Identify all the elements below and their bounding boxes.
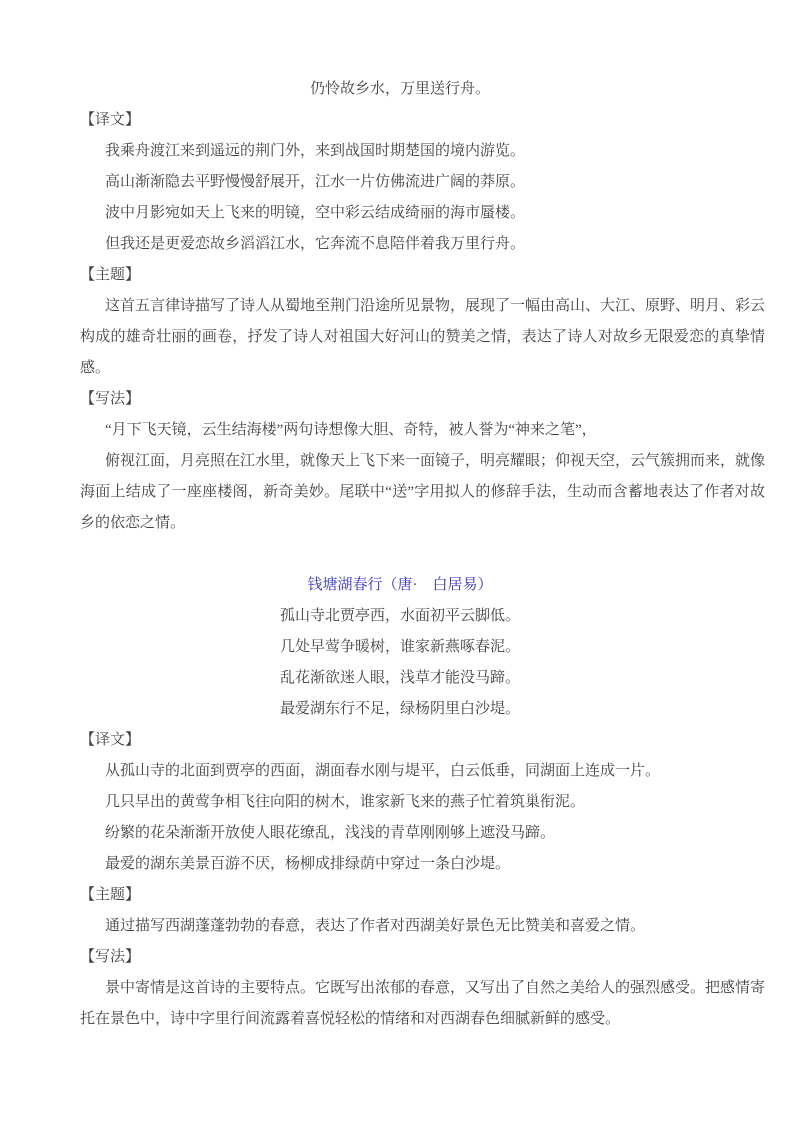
- document-page: 仍怜故乡水，万里送行舟。 【译文】 我乘舟渡江来到遥远的荆门外，来到战国时期楚国…: [0, 0, 800, 1131]
- poem2-line-1: 孤山寺北贾亭西，水面初平云脚低。: [80, 601, 720, 632]
- poem2-translation-line-2: 几只早出的黄莺争相飞往向阳的树木，谁家新飞来的燕子忙着筑巢衔泥。: [80, 787, 765, 818]
- poem1-theme-label: 【主题】: [80, 260, 765, 291]
- poem1-technique-label: 【写法】: [80, 384, 765, 415]
- poem2-line-3: 乱花渐欲迷人眼，浅草才能没马蹄。: [80, 663, 720, 694]
- poem1-translation-line-2: 高山渐渐隐去平野慢慢舒展开，江水一片仿佛流进广阔的莽原。: [80, 167, 765, 198]
- poem1-technique-para-2: 俯视江面，月亮照在江水里，就像天上飞下来一面镜子，明亮耀眼；仰视天空，云气簇拥而…: [80, 446, 765, 539]
- poem2-line-2: 几处早莺争暖树，谁家新燕啄春泥。: [80, 632, 720, 663]
- section-gap: [80, 539, 765, 570]
- poem2-theme-text: 通过描写西湖蓬蓬勃勃的春意，表达了作者对西湖美好景色无比赞美和喜爱之情。: [80, 911, 765, 942]
- poem1-closing-line: 仍怜故乡水，万里送行舟。: [80, 74, 720, 105]
- poem1-translation-line-4: 但我还是更爱恋故乡滔滔江水，它奔流不息陪伴着我万里行舟。: [80, 229, 765, 260]
- poem1-translation-label: 【译文】: [80, 105, 765, 136]
- poem2-translation-line-4: 最爱的湖东美景百游不厌，杨柳成排绿荫中穿过一条白沙堤。: [80, 849, 765, 880]
- poem2-translation-label: 【译文】: [80, 725, 765, 756]
- poem2-theme-label: 【主题】: [80, 880, 765, 911]
- poem2-line-4: 最爱湖东行不足，绿杨阴里白沙堤。: [80, 694, 720, 725]
- poem1-theme-text: 这首五言律诗描写了诗人从蜀地至荆门沿途所见景物，展现了一幅由高山、大江、原野、明…: [80, 291, 765, 384]
- poem2-title: 钱塘湖春行（唐· 白居易）: [80, 570, 720, 601]
- poem2-translation-line-1: 从孤山寺的北面到贾亭的西面，湖面春水刚与堤平，白云低垂，同湖面上连成一片。: [80, 756, 765, 787]
- poem2-technique-label: 【写法】: [80, 942, 765, 973]
- poem1-technique-para-1: “月下飞天镜，云生结海楼”两句诗想像大胆、奇特，被人誉为“神来之笔”，: [80, 415, 765, 446]
- poem1-translation-line-1: 我乘舟渡江来到遥远的荆门外，来到战国时期楚国的境内游览。: [80, 136, 765, 167]
- poem2-technique-text: 景中寄情是这首诗的主要特点。它既写出浓郁的春意，又写出了自然之美给人的强烈感受。…: [80, 973, 765, 1035]
- poem2-translation-line-3: 纷繁的花朵渐渐开放使人眼花缭乱，浅浅的青草刚刚够上遮没马蹄。: [80, 818, 765, 849]
- poem1-translation-line-3: 波中月影宛如天上飞来的明镜，空中彩云结成绮丽的海市蜃楼。: [80, 198, 765, 229]
